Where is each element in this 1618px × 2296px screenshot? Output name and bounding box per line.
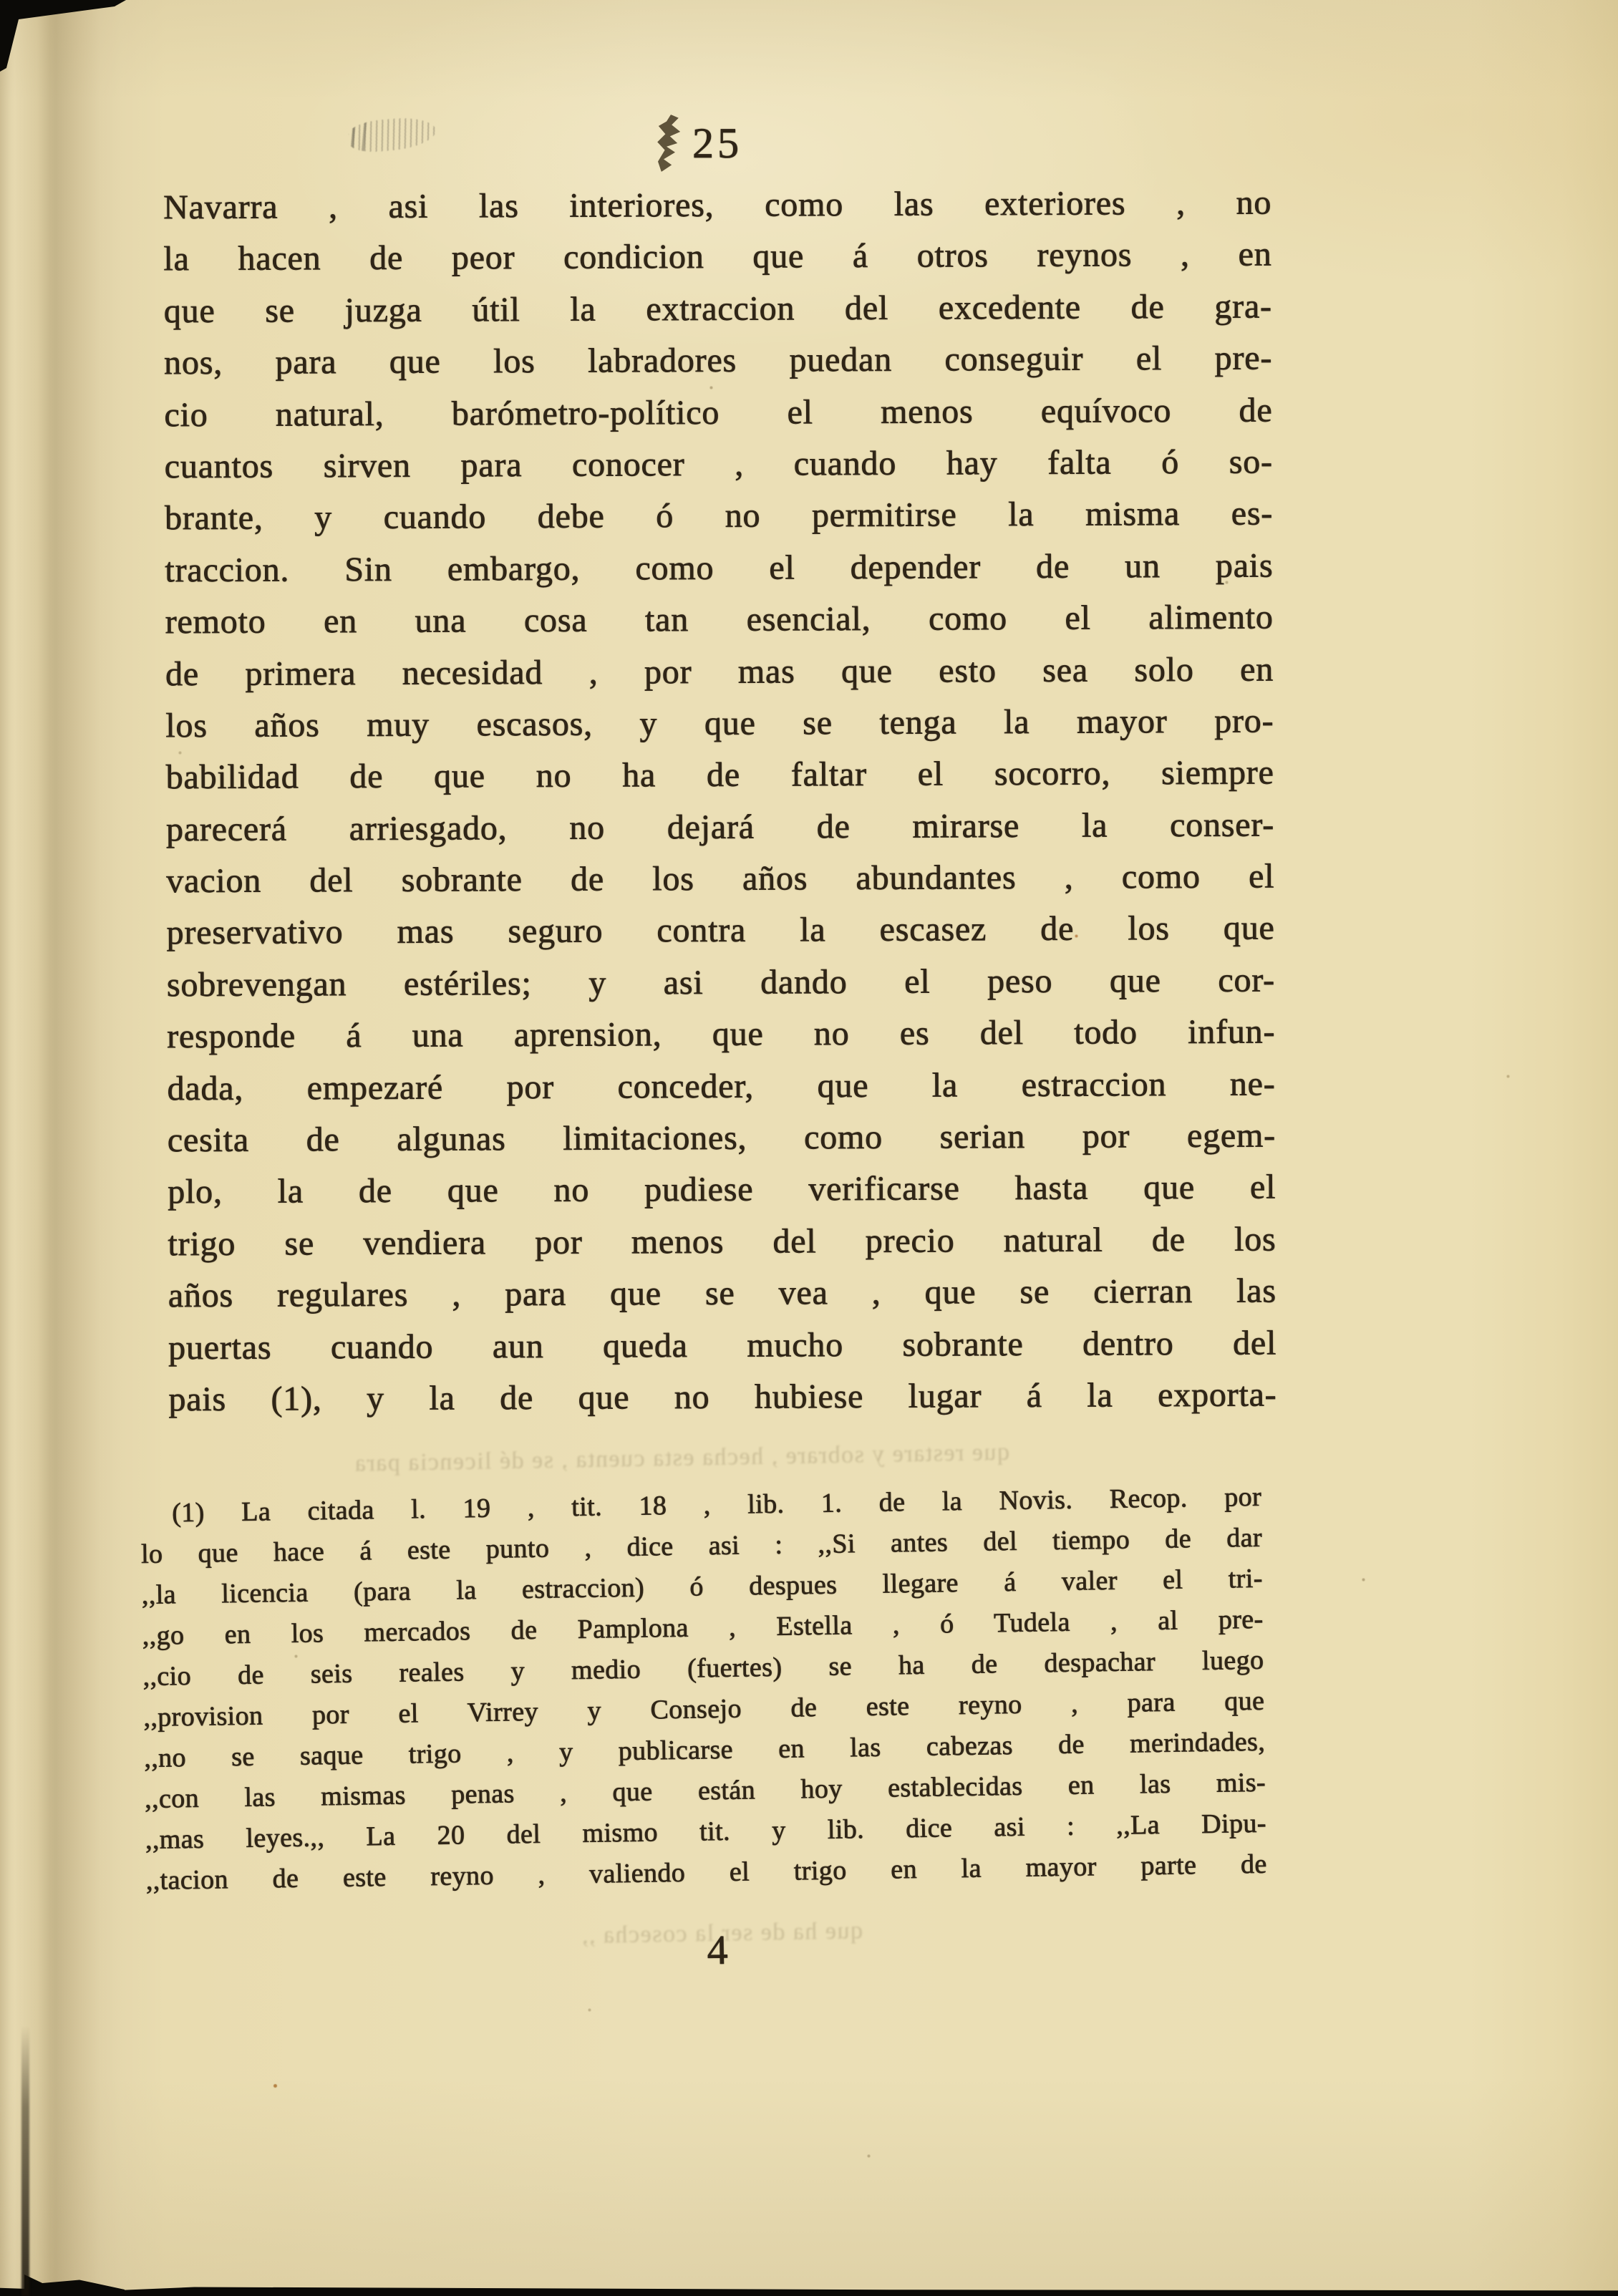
scan-edge-bottom xyxy=(0,2285,1618,2296)
paper-specks xyxy=(0,0,2,2)
page-edge-shadow xyxy=(21,2026,29,2296)
text-line: la hacen de peor condicion que á otros r… xyxy=(163,229,1271,286)
text-line: nos, para que los labradores puedan cons… xyxy=(164,333,1272,389)
text-line: trigo se vendiera por menos del precio n… xyxy=(168,1214,1276,1270)
page-fold-shading xyxy=(0,0,165,2296)
text-line: remoto en una cosa tan esencial, como el… xyxy=(165,592,1274,649)
show-through-text: que restare y sobrare , hecha esta cuent… xyxy=(172,1439,1009,1481)
text-line: que se juzga útil la extraccion del exce… xyxy=(164,281,1272,337)
text-line: traccion. Sin embargo, como el depender … xyxy=(165,540,1273,596)
book-page-scan: 25 Navarra , asi las interiores, como la… xyxy=(0,0,1618,2296)
text-line: los años muy escasos, y que se tenga la … xyxy=(165,695,1274,752)
text-line: cuantos sirven para conocer , cuando hay… xyxy=(165,436,1273,493)
footnote: (1) La citada l. 19 , tit. 18 , lib. 1. … xyxy=(140,1477,1267,1902)
text-line: cesita de algunas limitaciones, como ser… xyxy=(168,1110,1276,1167)
text-line: pais (1), y la de que no hubiese lugar á… xyxy=(168,1369,1277,1425)
text-line: puertas cuando aun queda mucho sobrante … xyxy=(168,1317,1277,1374)
text-line: Navarra , asi las interiores, como las e… xyxy=(163,178,1271,234)
text-line: dada, empezaré por conceder, que la estr… xyxy=(167,1058,1275,1115)
text-line: plo, la de que no pudiese verificarse ha… xyxy=(168,1162,1276,1219)
page-number: 25 xyxy=(163,119,1271,168)
text-line: parecerá arriesgado, no dejará de mirars… xyxy=(166,799,1274,856)
text-line: años regulares , para que se vea , que s… xyxy=(168,1266,1277,1322)
text-line: responde á una aprension, que no es del … xyxy=(167,1007,1275,1063)
text-line: cio natural, barómetro-político el menos… xyxy=(164,384,1272,441)
text-line: babilidad de que no ha de faltar el soco… xyxy=(165,747,1274,804)
text-line: vacion del sobrante de los años abundant… xyxy=(166,851,1274,908)
text-line: de primera necesidad , por mas que esto … xyxy=(165,644,1274,700)
text-line: preservativo mas seguro contra la escase… xyxy=(166,903,1274,959)
main-paragraph: Navarra , asi las interiores, como las e… xyxy=(163,178,1277,1426)
text-line: brante, y cuando debe ó no permitirse la… xyxy=(165,488,1273,545)
signature-mark: 4 xyxy=(163,1916,1272,1983)
text-line: sobrevengan estériles; y asi dando el pe… xyxy=(167,954,1275,1011)
